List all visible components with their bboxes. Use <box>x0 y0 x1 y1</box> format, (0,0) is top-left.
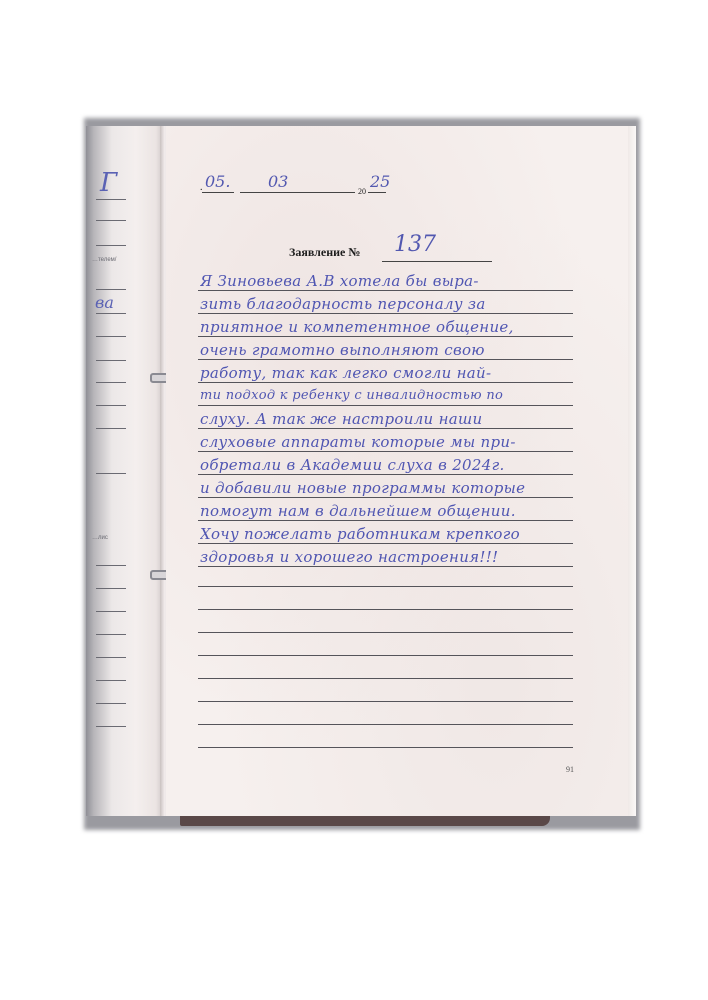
page-number: 91 <box>566 765 574 774</box>
body-line: обретали в Академии слуха в 2024г. <box>200 456 580 474</box>
body-line: ти подход к ребенку с инвалидностью по <box>200 387 580 405</box>
body-line: зить благодарность персоналу за <box>200 295 580 313</box>
body-line: приятное и компетентное общение, <box>200 318 580 336</box>
body-line: здоровья и хорошего настроения!!! <box>200 548 580 566</box>
date-year-prefix: 20 <box>358 187 366 196</box>
body-line: слуху. А так же настроили наши <box>200 410 580 428</box>
page-edge <box>628 126 636 816</box>
date-day: 05. <box>205 172 230 191</box>
date-month: 03 <box>268 172 288 191</box>
statement-number: 137 <box>394 232 436 257</box>
date-year: 25 <box>370 172 390 191</box>
left-page-handwriting: ва <box>95 293 114 312</box>
left-page <box>86 126 163 816</box>
body-line: очень грамотно выполняют свою <box>200 341 580 359</box>
body-line: помогут нам в дальнейшем общении. <box>200 502 580 520</box>
body-line: работу, так как легко смогли най- <box>200 364 580 382</box>
statement-title: Заявление № <box>289 245 360 260</box>
left-page-label: …телем/ <box>92 257 116 263</box>
book-cover-edge <box>180 816 550 826</box>
left-page-label: …лис <box>92 535 108 541</box>
statement-number-line <box>382 261 492 262</box>
body-line: слуховые аппараты которые мы при- <box>200 433 580 451</box>
body-line: и добавили новые программы которые <box>200 479 580 497</box>
left-page-handwriting: Г <box>100 168 117 198</box>
body-line: Хочу пожелать работникам крепкого <box>200 525 580 543</box>
body-line: Я Зиновьева А.В хотела бы выра- <box>200 272 580 290</box>
